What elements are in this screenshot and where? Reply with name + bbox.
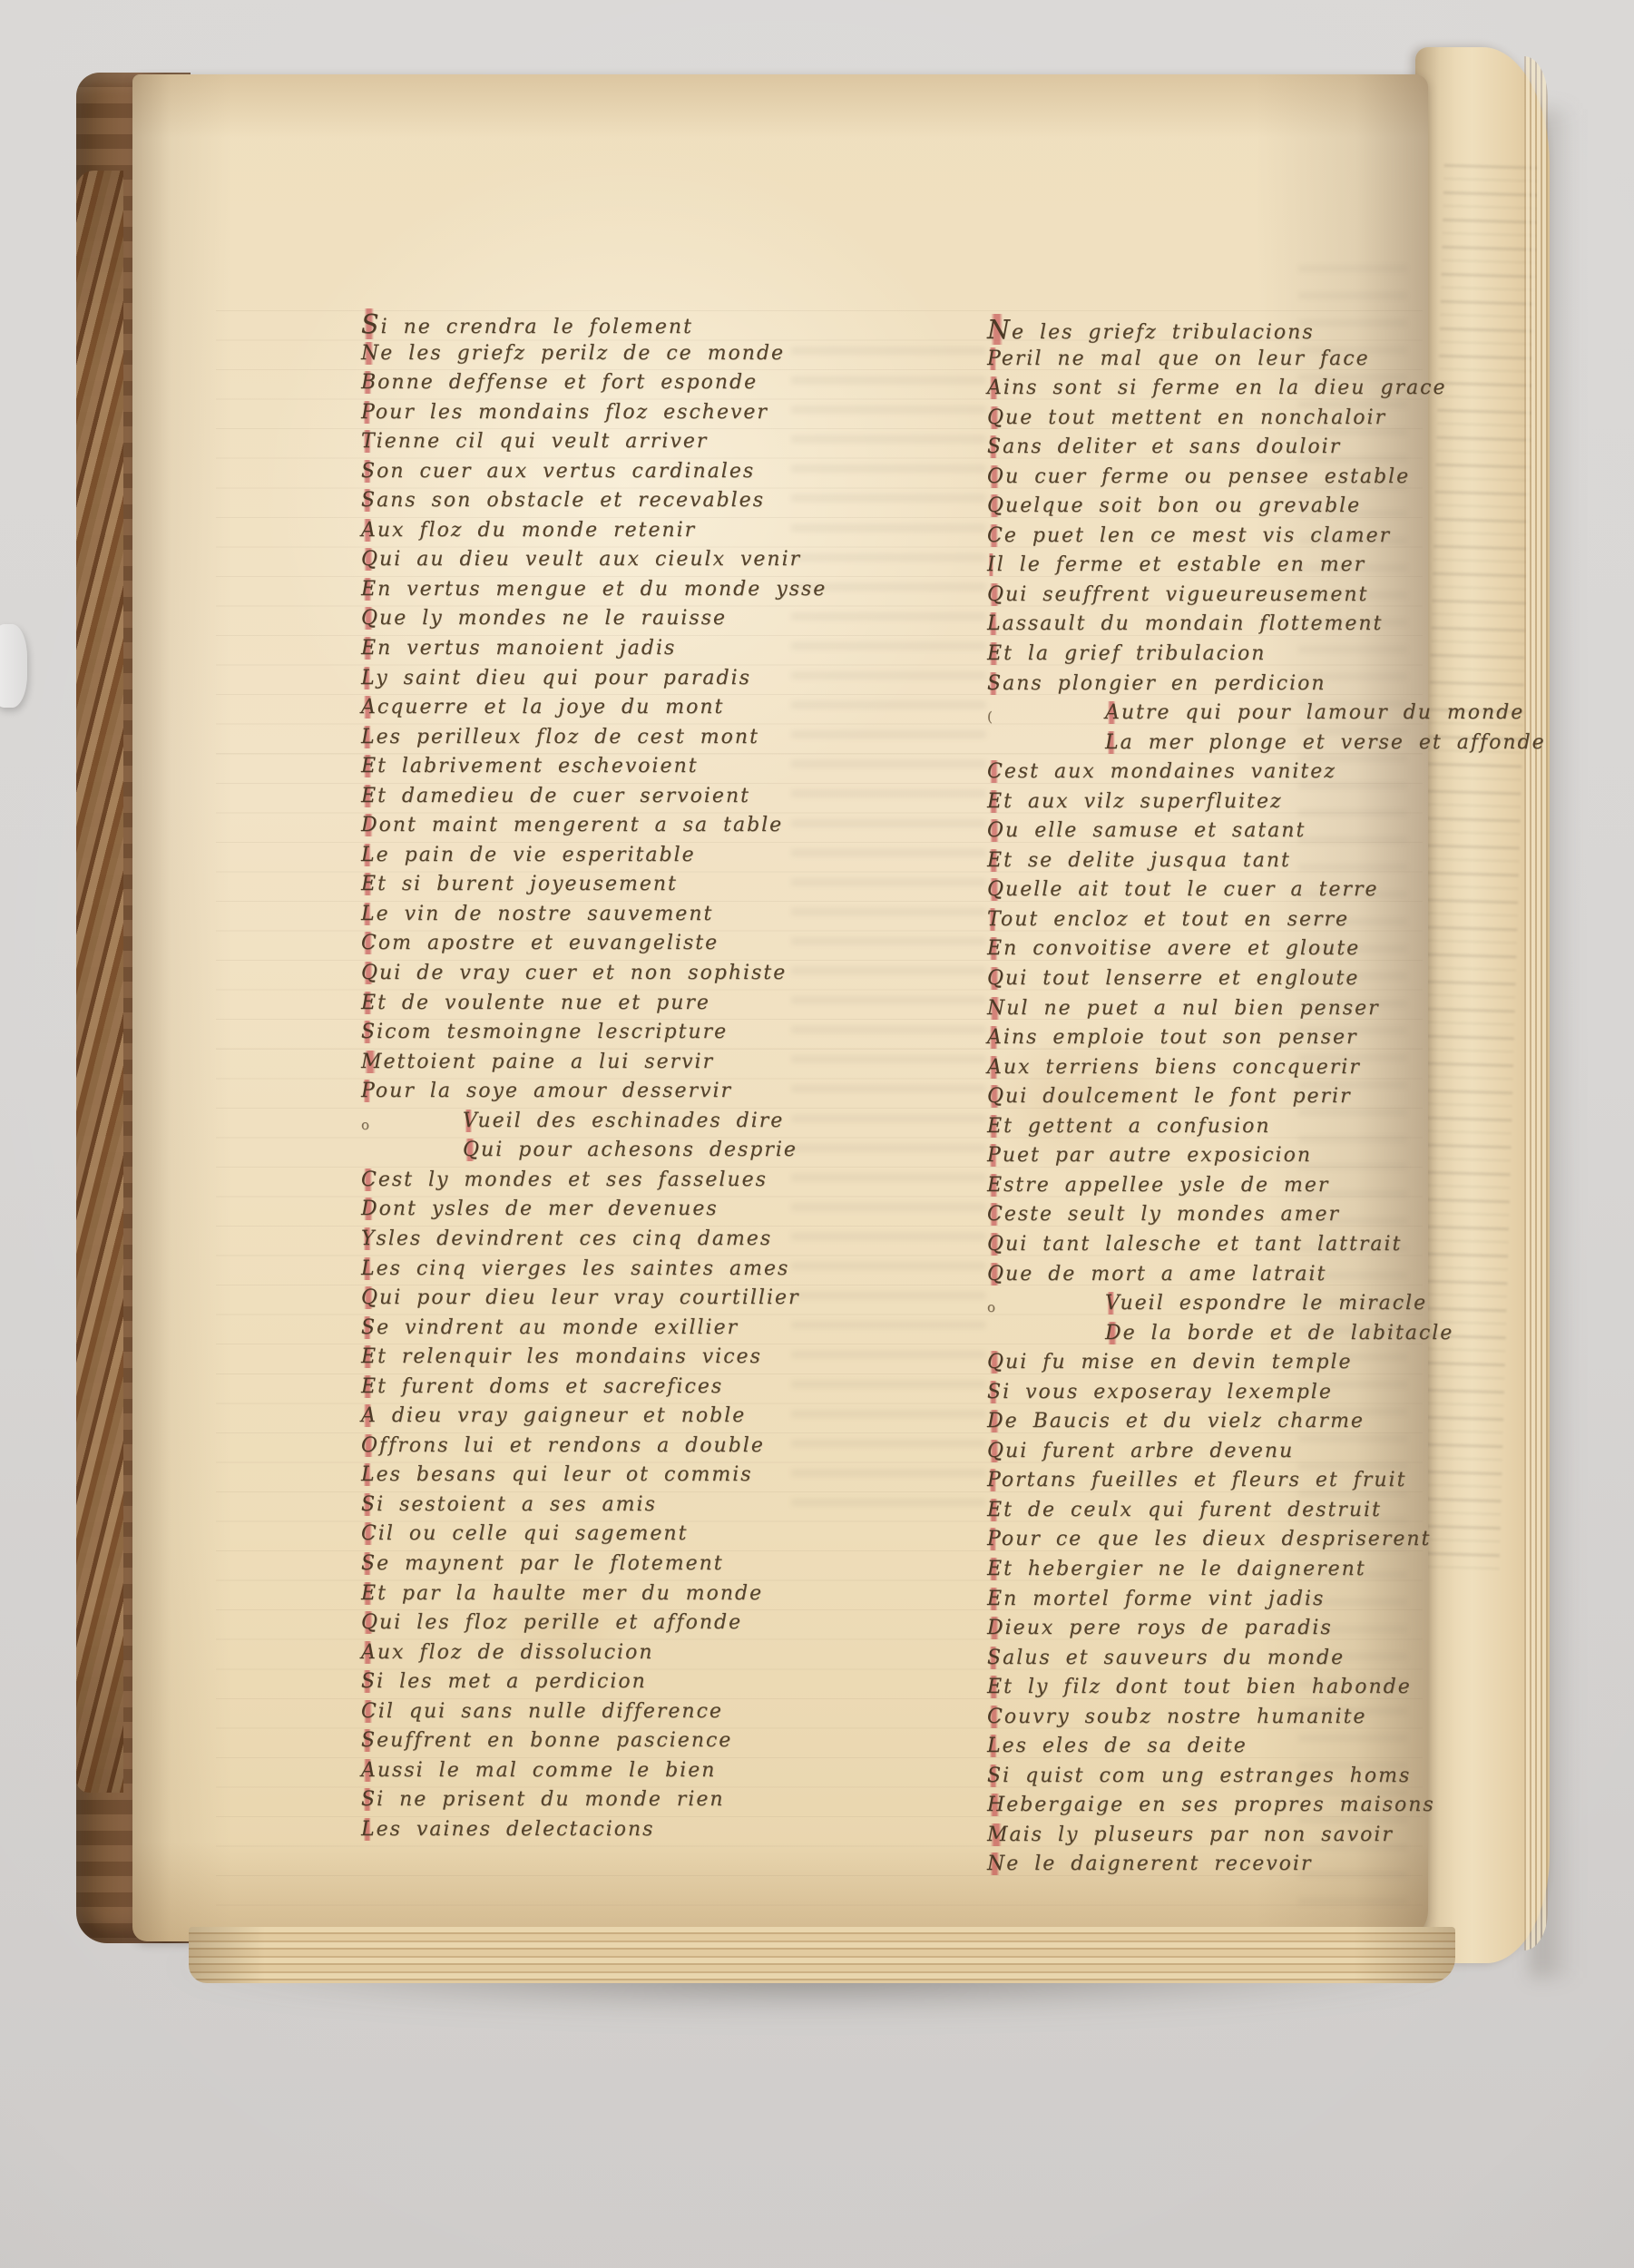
verse-text: Vueil des eschinades dire xyxy=(463,1110,784,1132)
verse-text: Qui tant lalesche et tant lattrait xyxy=(987,1233,1402,1256)
verse-text: Qui furent arbre devenu xyxy=(987,1440,1294,1462)
rubricated-initial: O xyxy=(987,819,1005,842)
verse-line: Il le ferme et estable en mer xyxy=(987,551,1441,581)
verse-text: Ou elle samuse et satant xyxy=(987,819,1306,842)
verse-line: Estre appellee ysle de mer xyxy=(987,1171,1441,1201)
verse-text: Les perilleux floz de cest mont xyxy=(361,726,759,748)
rubricated-initial: P xyxy=(361,401,376,424)
rubricated-initial: S xyxy=(361,460,377,483)
verse-text: En mortel forme vint jadis xyxy=(987,1588,1325,1610)
verse-line: Si vous exposeray lexemple xyxy=(987,1378,1441,1408)
verse-line: Lassault du mondain flottement xyxy=(987,610,1441,640)
verse-line: Dieux pere roys de paradis xyxy=(987,1614,1441,1644)
rubricated-initial: C xyxy=(987,1203,1004,1226)
verse-line: Qui furent arbre devenu xyxy=(987,1437,1441,1467)
rubricated-initial: N xyxy=(987,1853,1006,1875)
verse-text: Les besans qui leur ot commis xyxy=(361,1463,753,1486)
verse-line: Sans deliter et sans douloir xyxy=(987,433,1441,463)
verse-text: Cest aux mondaines vanitez xyxy=(987,760,1336,783)
verse-text: Dieux pere roys de paradis xyxy=(987,1617,1333,1639)
rubricated-initial: P xyxy=(987,1528,1002,1550)
rubricated-initial: E xyxy=(361,873,377,895)
verse-line: Cil ou celle qui sagement xyxy=(361,1520,815,1549)
verse-line: Que de mort a ame latrait xyxy=(987,1260,1441,1290)
verse-text: Et par la haulte mer du monde xyxy=(361,1582,763,1605)
verse-text: Si ne crendra le folement xyxy=(361,316,693,338)
verse-line: Sicom tesmoingne lescripture xyxy=(361,1018,815,1048)
rubricated-initial: C xyxy=(361,1522,378,1545)
verse-text: Qui tout lenserre et engloute xyxy=(987,967,1359,990)
verse-line: Tienne cil qui veult arriver xyxy=(361,427,815,457)
verse-line: Mais ly pluseurs par non savoir xyxy=(987,1821,1441,1851)
verse-text: Seuffrent en bonne pascience xyxy=(361,1729,732,1752)
verse-text: Mais ly pluseurs par non savoir xyxy=(987,1823,1394,1846)
verse-text: Salus et sauveurs du monde xyxy=(987,1647,1345,1669)
verse-text: Sans plongier en perdicion xyxy=(987,672,1326,695)
rubricated-initial: Q xyxy=(361,548,379,571)
rubricated-initial: Q xyxy=(987,494,1005,517)
rubricated-initial: Q xyxy=(987,1351,1005,1374)
rubricated-initial: C xyxy=(987,760,1004,783)
verse-text: Aux floz de dissolucion xyxy=(361,1641,653,1664)
rubricated-initial: E xyxy=(987,1174,1003,1197)
verse-line: Qui pour dieu leur vray courtillier xyxy=(361,1284,815,1314)
verse-line: Seuffrent en bonne pascience xyxy=(361,1726,815,1756)
verse-line: Dont ysles de mer devenues xyxy=(361,1195,815,1225)
verse-line: (Autre qui pour lamour du monde xyxy=(987,699,1441,728)
verse-text: Puet par autre exposicion xyxy=(987,1144,1312,1167)
verse-text: En vertus manoient jadis xyxy=(361,637,676,660)
verse-text: Qui de vray cuer et non sophiste xyxy=(361,962,787,984)
verse-line: Ne les griefz tribulacions xyxy=(987,315,1441,345)
verse-line: Qui tant lalesche et tant lattrait xyxy=(987,1230,1441,1260)
verse-line: Nul ne puet a nul bien penser xyxy=(987,994,1441,1024)
verse-text: Vueil espondre le miracle xyxy=(1105,1292,1427,1315)
rubricated-initial: L xyxy=(361,1463,377,1486)
verse-line: Peril ne mal que on leur face xyxy=(987,345,1441,375)
rubricated-initial: E xyxy=(987,1588,1003,1610)
verse-line: Si quist com ung estranges homs xyxy=(987,1762,1441,1792)
rubricated-initial: D xyxy=(987,1410,1005,1432)
verse-line: Offrons lui et rendons a double xyxy=(361,1432,815,1461)
verse-text: Et de voulente nue et pure xyxy=(361,992,710,1014)
verse-text: Ly saint dieu qui pour paradis xyxy=(361,667,751,689)
verse-line: Qui pour achesons desprie xyxy=(361,1136,815,1166)
verse-line: Portans fueilles et fleurs et fruit xyxy=(987,1466,1441,1496)
verse-text: Si vous exposeray lexemple xyxy=(987,1381,1333,1403)
verse-text: Et se delite jusqua tant xyxy=(987,849,1291,872)
rubricated-initial: S xyxy=(361,1670,377,1693)
rubricated-initial: P xyxy=(987,1469,1002,1491)
rubricated-initial: S xyxy=(987,1765,1003,1787)
verse-line: Quelque soit bon ou grevable xyxy=(987,492,1441,522)
verse-line: Ceste seult ly mondes amer xyxy=(987,1200,1441,1230)
verse-line: Et ly filz dont tout bien habonde xyxy=(987,1673,1441,1703)
rubricated-initial: A xyxy=(361,1641,377,1664)
rubricated-initial: S xyxy=(361,1493,377,1516)
verse-text: Qui au dieu veult aux cieulx venir xyxy=(361,548,801,571)
rubricated-initial: P xyxy=(987,347,1002,370)
verse-text: Qui doulcement le font perir xyxy=(987,1085,1352,1108)
verse-line: La mer plonge et verse et affonde xyxy=(987,728,1441,758)
rubricated-initial: C xyxy=(361,932,378,954)
rubricated-initial: E xyxy=(361,637,377,660)
verse-text: Les cinq vierges les saintes ames xyxy=(361,1257,789,1280)
verse-text: Se maynent par le flotement xyxy=(361,1552,724,1575)
verse-text: A dieu vray gaigneur et noble xyxy=(361,1404,746,1427)
manuscript-photograph: Si ne crendra le folementNe les griefz p… xyxy=(0,0,1634,2268)
verse-text: Il le ferme et estable en mer xyxy=(987,553,1365,576)
rubricated-initial: S xyxy=(987,1647,1003,1669)
verse-text: Pour la soye amour desservir xyxy=(361,1080,732,1102)
verse-line: Pour les mondains floz eschever xyxy=(361,398,815,428)
verse-line: Acquerre et la joye du mont xyxy=(361,693,815,723)
verse-text: Et gettent a confusion xyxy=(987,1115,1271,1138)
rubricated-initial: E xyxy=(987,1499,1003,1521)
rubricated-initial: H xyxy=(987,1794,1006,1816)
verse-text: Hebergaige en ses propres maisons xyxy=(987,1794,1435,1816)
verse-line: Qui les floz perille et affonde xyxy=(361,1608,815,1638)
verse-line: Bonne deffense et fort esponde xyxy=(361,368,815,398)
verse-line: Qui tout lenserre et engloute xyxy=(987,964,1441,994)
rubricated-initial: Q xyxy=(987,1233,1005,1256)
rubricated-initial: L xyxy=(361,667,376,689)
verse-line: Les besans qui leur ot commis xyxy=(361,1461,815,1491)
rubricated-initial: A xyxy=(361,696,377,719)
rubricated-initial: D xyxy=(361,1198,379,1220)
rubricated-initial: E xyxy=(361,1345,377,1368)
verse-line: Et furent doms et sacrefices xyxy=(361,1373,815,1403)
verse-text: Ne le daignerent recevoir xyxy=(987,1853,1312,1875)
verse-text: Bonne deffense et fort esponde xyxy=(361,371,758,394)
verse-line: Couvry soubz nostre humanite xyxy=(987,1703,1441,1733)
verse-text: Quelle ait tout le cuer a terre xyxy=(987,878,1379,901)
verse-line: Et de voulente nue et pure xyxy=(361,989,815,1019)
verse-line: Qui seuffrent vigueureusement xyxy=(987,581,1441,611)
verse-text: Que de mort a ame latrait xyxy=(987,1263,1326,1286)
rubricated-initial: S xyxy=(361,1788,377,1811)
verse-line: Ou cuer ferme ou pensee estable xyxy=(987,463,1441,493)
verse-text: Aux terriens biens concquerir xyxy=(987,1056,1361,1079)
verse-line: Cest aux mondaines vanitez xyxy=(987,758,1441,787)
rubricated-initial: A xyxy=(987,1056,1003,1079)
verse-line: Qui au dieu veult aux cieulx venir xyxy=(361,545,815,575)
verse-line: Qui doulcement le font perir xyxy=(987,1082,1441,1112)
rubricated-initial: Q xyxy=(987,583,1005,606)
verse-line: En vertus mengue et du monde ysse xyxy=(361,575,815,605)
rubricated-initial: A xyxy=(987,376,1003,399)
verse-text: Lassault du mondain flottement xyxy=(987,612,1383,635)
verse-text: En convoitise avere et gloute xyxy=(987,937,1360,960)
verse-line: Aux terriens biens concquerir xyxy=(987,1053,1441,1083)
verse-line: Salus et sauveurs du monde xyxy=(987,1644,1441,1674)
verse-text: Ne les griefz tribulacions xyxy=(987,321,1315,344)
verse-text: Quelque soit bon ou grevable xyxy=(987,494,1361,517)
verse-line: Si ne crendra le folement xyxy=(361,309,815,339)
verse-line: Et la grief tribulacion xyxy=(987,640,1441,670)
rubricated-initial: O xyxy=(361,1434,379,1457)
verse-line: Si ne prisent du monde rien xyxy=(361,1785,815,1815)
verse-line: En convoitise avere et gloute xyxy=(987,934,1441,964)
verse-line: oVueil des eschinades dire xyxy=(361,1107,815,1137)
verse-line: Sans plongier en perdicion xyxy=(987,670,1441,699)
verse-line: Si sestoient a ses amis xyxy=(361,1491,815,1520)
verse-line: Ne les griefz perilz de ce monde xyxy=(361,339,815,369)
verse-text: Portans fueilles et fleurs et fruit xyxy=(987,1469,1406,1491)
verse-line: oVueil espondre le miracle xyxy=(987,1289,1441,1319)
verse-line: Aux floz du monde retenir xyxy=(361,516,815,546)
rubricated-initial: I xyxy=(987,553,997,576)
rubricated-initial: N xyxy=(987,314,1012,345)
verse-line: Ains sont si ferme en la dieu grace xyxy=(987,374,1441,404)
rubricated-initial: A xyxy=(361,1759,377,1782)
rubricated-initial: E xyxy=(361,1375,377,1398)
verse-line: Et relenquir les mondains vices xyxy=(361,1343,815,1373)
verse-text: Et relenquir les mondains vices xyxy=(361,1345,762,1368)
verse-text: En vertus mengue et du monde ysse xyxy=(361,578,827,601)
verse-text: Aux floz du monde retenir xyxy=(361,519,696,542)
verse-text: Et hebergier ne le daignerent xyxy=(987,1558,1366,1580)
verse-text: Ysles devindrent ces cinq dames xyxy=(361,1227,772,1250)
verse-line: Son cuer aux vertus cardinales xyxy=(361,457,815,487)
verse-line: Pour ce que les dieux despriserent xyxy=(987,1525,1441,1555)
rubricated-initial: O xyxy=(987,465,1005,488)
verse-line: Ce puet len ce mest vis clamer xyxy=(987,522,1441,552)
rubricated-initial: L xyxy=(361,844,377,866)
rubricated-initial: Q xyxy=(361,1611,379,1634)
rubricated-initial: D xyxy=(361,814,379,836)
verse-text: Pour les mondains floz eschever xyxy=(361,401,768,424)
rubricated-initial: A xyxy=(987,1026,1003,1049)
verse-line: Les cinq vierges les saintes ames xyxy=(361,1255,815,1285)
rubricated-initial: E xyxy=(987,790,1003,813)
rubricated-initial: L xyxy=(361,1257,377,1280)
verse-line: Aux floz de dissolucion xyxy=(361,1638,815,1668)
rubricated-initial: Y xyxy=(361,1227,377,1250)
rubricated-initial: N xyxy=(361,342,380,365)
verse-text: Et si burent joyeusement xyxy=(361,873,678,895)
verse-text: Et aux vilz superfluitez xyxy=(987,790,1283,813)
verse-line: Cil qui sans nulle difference xyxy=(361,1697,815,1727)
rubricated-initial: S xyxy=(987,672,1003,695)
rubricated-initial: Q xyxy=(987,1440,1005,1462)
verse-text: Le vin de nostre sauvement xyxy=(361,903,713,925)
verse-line: Et gettent a confusion xyxy=(987,1112,1441,1142)
verse-line: Et de ceulx qui furent destruit xyxy=(987,1496,1441,1526)
verse-text: Ains emploie tout son penser xyxy=(987,1026,1358,1049)
rubricated-initial: E xyxy=(361,755,377,777)
rubricated-initial: M xyxy=(987,1823,1010,1846)
rubricated-initial: A xyxy=(361,519,377,542)
verse-text: Si les met a perdicion xyxy=(361,1670,647,1693)
verse-text: Sans son obstacle et recevables xyxy=(361,489,765,512)
verse-text: Autre qui pour lamour du monde xyxy=(1105,701,1524,724)
rubricated-initial: C xyxy=(361,1700,378,1723)
rubricated-initial: L xyxy=(361,903,377,925)
verse-text: Et labrivement eschevoient xyxy=(361,755,699,777)
verse-line: Se maynent par le flotement xyxy=(361,1549,815,1579)
verse-text: Tout encloz et tout en serre xyxy=(987,908,1349,931)
rubricated-initial: S xyxy=(361,1021,377,1043)
rubricated-initial: L xyxy=(361,1818,377,1841)
rubricated-initial: N xyxy=(987,997,1006,1020)
verse-text: Cil qui sans nulle difference xyxy=(361,1700,723,1723)
verse-line: Ly saint dieu qui pour paradis xyxy=(361,664,815,694)
rubricated-initial: V xyxy=(463,1110,477,1132)
verse-text: Acquerre et la joye du mont xyxy=(361,696,724,719)
verse-line: A dieu vray gaigneur et noble xyxy=(361,1402,815,1432)
verse-text: Si sestoient a ses amis xyxy=(361,1493,657,1516)
rubricated-initial: S xyxy=(361,1729,377,1752)
verse-line: Que tout mettent en nonchaloir xyxy=(987,404,1441,434)
verse-line: Ne le daignerent recevoir xyxy=(987,1850,1441,1880)
verse-text: Offrons lui et rendons a double xyxy=(361,1434,765,1457)
rubricated-initial: S xyxy=(361,1552,377,1575)
verse-line: Et par la haulte mer du monde xyxy=(361,1579,815,1609)
verse-text: Et furent doms et sacrefices xyxy=(361,1375,723,1398)
verse-line: Et si burent joyeusement xyxy=(361,870,815,900)
verse-line: Ysles devindrent ces cinq dames xyxy=(361,1225,815,1255)
rubricated-initial: Q xyxy=(987,1085,1005,1108)
verse-text: Se vindrent au monde exillier xyxy=(361,1316,739,1339)
rubricated-initial: S xyxy=(361,489,377,512)
verse-line: Com apostre et euvangeliste xyxy=(361,929,815,959)
verse-line: Qui de vray cuer et non sophiste xyxy=(361,959,815,989)
rubricated-initial: V xyxy=(1105,1292,1120,1315)
fore-edge-page-stack xyxy=(1524,56,1548,1950)
verse-line: Les vaines delectacions xyxy=(361,1815,815,1845)
verse-text: Et la grief tribulacion xyxy=(987,642,1266,665)
rubricated-initial: Q xyxy=(987,967,1005,990)
rubricated-initial: E xyxy=(987,937,1003,960)
rubricated-initial: S xyxy=(987,435,1003,458)
verse-text: Qui pour dieu leur vray courtillier xyxy=(361,1286,800,1309)
verse-text: Ains sont si ferme en la dieu grace xyxy=(987,376,1446,399)
bottom-page-edges xyxy=(189,1927,1455,1983)
verse-text: Peril ne mal que on leur face xyxy=(987,347,1370,370)
verse-line: Le vin de nostre sauvement xyxy=(361,900,815,930)
rubricated-initial: E xyxy=(361,578,377,601)
verse-line: Et damedieu de cuer servoient xyxy=(361,782,815,812)
verse-text: Et ly filz dont tout bien habonde xyxy=(987,1676,1412,1698)
verse-line: Si les met a perdicion xyxy=(361,1667,815,1697)
rubricated-initial: T xyxy=(987,908,1001,931)
verse-text: La mer plonge et verse et affonde xyxy=(1105,731,1546,754)
verse-text: Nul ne puet a nul bien penser xyxy=(987,997,1380,1020)
verse-text: Le pain de vie esperitable xyxy=(361,844,696,866)
verse-text: Com apostre et euvangeliste xyxy=(361,932,719,954)
verse-line: Puet par autre exposicion xyxy=(987,1141,1441,1171)
verse-text: Sicom tesmoingne lescripture xyxy=(361,1021,728,1043)
text-column-right: Ne les griefz tribulacionsPeril ne mal q… xyxy=(987,315,1441,1880)
verse-text: Si quist com ung estranges homs xyxy=(987,1765,1411,1787)
verse-text: De Baucis et du vielz charme xyxy=(987,1410,1365,1432)
rubricated-initial: P xyxy=(987,1144,1003,1167)
verse-line: En vertus manoient jadis xyxy=(361,634,815,664)
rubricated-initial: M xyxy=(361,1051,384,1073)
verse-line: Pour la soye amour desservir xyxy=(361,1077,815,1107)
verse-text: Ce puet len ce mest vis clamer xyxy=(987,524,1391,547)
verse-line: Cest ly mondes et ses fasselues xyxy=(361,1166,815,1196)
rubricated-initial: L xyxy=(987,612,1003,635)
verse-text: Les eles de sa deite xyxy=(987,1735,1248,1757)
rubricated-initial: C xyxy=(987,524,1004,547)
rubricated-initial: P xyxy=(361,1080,376,1102)
rubricated-initial: D xyxy=(987,1617,1005,1639)
rubricated-initial: E xyxy=(987,1676,1003,1698)
rubricated-initial: S xyxy=(987,1381,1003,1403)
verse-text: Couvry soubz nostre humanite xyxy=(987,1706,1366,1728)
verse-line: Se vindrent au monde exillier xyxy=(361,1314,815,1344)
verse-line: Aussi le mal comme le bien xyxy=(361,1756,815,1786)
verse-line: De Baucis et du vielz charme xyxy=(987,1407,1441,1437)
rubricated-initial: D xyxy=(1105,1322,1123,1344)
verse-line: Et hebergier ne le daignerent xyxy=(987,1555,1441,1585)
verse-line: Hebergaige en ses propres maisons xyxy=(987,1791,1441,1821)
verse-text: De la borde et de labitacle xyxy=(1105,1322,1453,1344)
verse-text: Et de ceulx qui furent destruit xyxy=(987,1499,1382,1521)
verse-line: Et labrivement eschevoient xyxy=(361,752,815,782)
verse-text: Qui seuffrent vigueureusement xyxy=(987,583,1368,606)
verse-line: Quelle ait tout le cuer a terre xyxy=(987,875,1441,905)
verse-line: Les perilleux floz de cest mont xyxy=(361,723,815,753)
verse-line: Dont maint mengerent a sa table xyxy=(361,811,815,841)
verse-text: Qui fu mise en devin temple xyxy=(987,1351,1353,1374)
rubricated-initial: Q xyxy=(361,962,379,984)
verse-text: Qui les floz perille et affonde xyxy=(361,1611,742,1634)
rubricated-initial: E xyxy=(361,785,377,807)
verse-text: Ou cuer ferme ou pensee estable xyxy=(987,465,1410,488)
verse-text: Et damedieu de cuer servoient xyxy=(361,785,750,807)
verse-line: Qui fu mise en devin temple xyxy=(987,1348,1441,1378)
vellum-page: Si ne crendra le folementNe les griefz p… xyxy=(132,74,1428,1941)
verse-text: Ne les griefz perilz de ce monde xyxy=(361,342,785,365)
rubricated-initial: E xyxy=(361,992,377,1014)
rubricated-initial: B xyxy=(361,371,377,394)
rubricated-initial: L xyxy=(987,1735,1003,1757)
verse-line: Mettoient paine a lui servir xyxy=(361,1048,815,1078)
verse-text: Pour ce que les dieux despriserent xyxy=(987,1528,1431,1550)
verse-text: Aussi le mal comme le bien xyxy=(361,1759,716,1782)
rubricated-initial: A xyxy=(361,1404,377,1427)
text-column-left: Si ne crendra le folementNe les griefz p… xyxy=(361,309,815,1844)
verse-text: Mettoient paine a lui servir xyxy=(361,1051,714,1073)
verse-line: Sans son obstacle et recevables xyxy=(361,486,815,516)
verse-text: Tienne cil qui veult arriver xyxy=(361,430,708,453)
rubricated-initial: E xyxy=(987,1558,1003,1580)
rubricated-initial: E xyxy=(987,849,1003,872)
rubricated-initial: Q xyxy=(987,406,1005,429)
rubricated-initial: E xyxy=(987,642,1003,665)
verse-text: Que ly mondes ne le rauisse xyxy=(361,607,727,630)
verse-text: Cest ly mondes et ses fasselues xyxy=(361,1168,768,1191)
verse-line: Tout encloz et tout en serre xyxy=(987,905,1441,935)
verse-text: Dont maint mengerent a sa table xyxy=(361,814,783,836)
verse-text: Dont ysles de mer devenues xyxy=(361,1198,719,1220)
rubricated-initial: E xyxy=(987,1115,1003,1138)
rubricated-initial: A xyxy=(1105,701,1121,724)
verse-text: Estre appellee ysle de mer xyxy=(987,1174,1329,1197)
marbled-board-edge xyxy=(76,171,123,1793)
verse-line: De la borde et de labitacle xyxy=(987,1319,1441,1349)
verse-line: Ou elle samuse et satant xyxy=(987,816,1441,846)
verse-line: Les eles de sa deite xyxy=(987,1732,1441,1762)
rubricated-initial: Q xyxy=(361,607,379,630)
rubricated-initial: C xyxy=(361,1168,378,1191)
rubricated-initial: Q xyxy=(361,1286,379,1309)
verse-text: Qui pour achesons desprie xyxy=(463,1139,797,1161)
showthrough-text-center xyxy=(791,347,986,1508)
